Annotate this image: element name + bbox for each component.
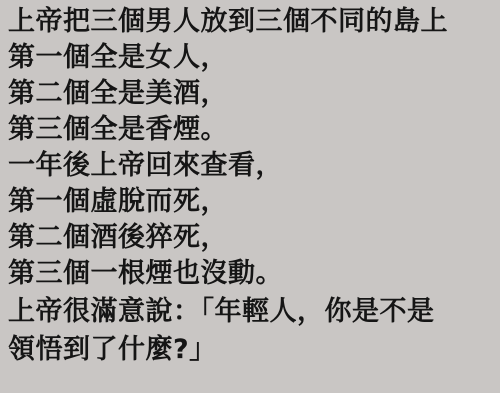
text-line-god-says: 上帝很滿意說：「年輕人，你是不是	[8, 294, 500, 330]
text-line-intro: 上帝把三個男人放到三個不同的島上	[8, 4, 500, 40]
text-line-year-later: 一年後上帝回來查看，	[8, 148, 500, 184]
text-line-outcome-3: 第三個一根煙也沒動。	[8, 256, 500, 292]
text-line-island-2: 第二個全是美酒，	[8, 76, 500, 112]
text-line-outcome-1: 第一個虛脫而死，	[8, 184, 500, 220]
image-canvas: 上帝把三個男人放到三個不同的島上 第一個全是女人， 第二個全是美酒， 第三個全是…	[0, 0, 500, 393]
text-line-island-3: 第三個全是香煙。	[8, 112, 500, 148]
joke-text-block: 上帝把三個男人放到三個不同的島上 第一個全是女人， 第二個全是美酒， 第三個全是…	[8, 4, 500, 368]
text-line-island-1: 第一個全是女人，	[8, 40, 500, 76]
text-line-outcome-2: 第二個酒後猝死，	[8, 220, 500, 256]
text-line-question: 領悟到了什麼?」	[8, 332, 500, 368]
